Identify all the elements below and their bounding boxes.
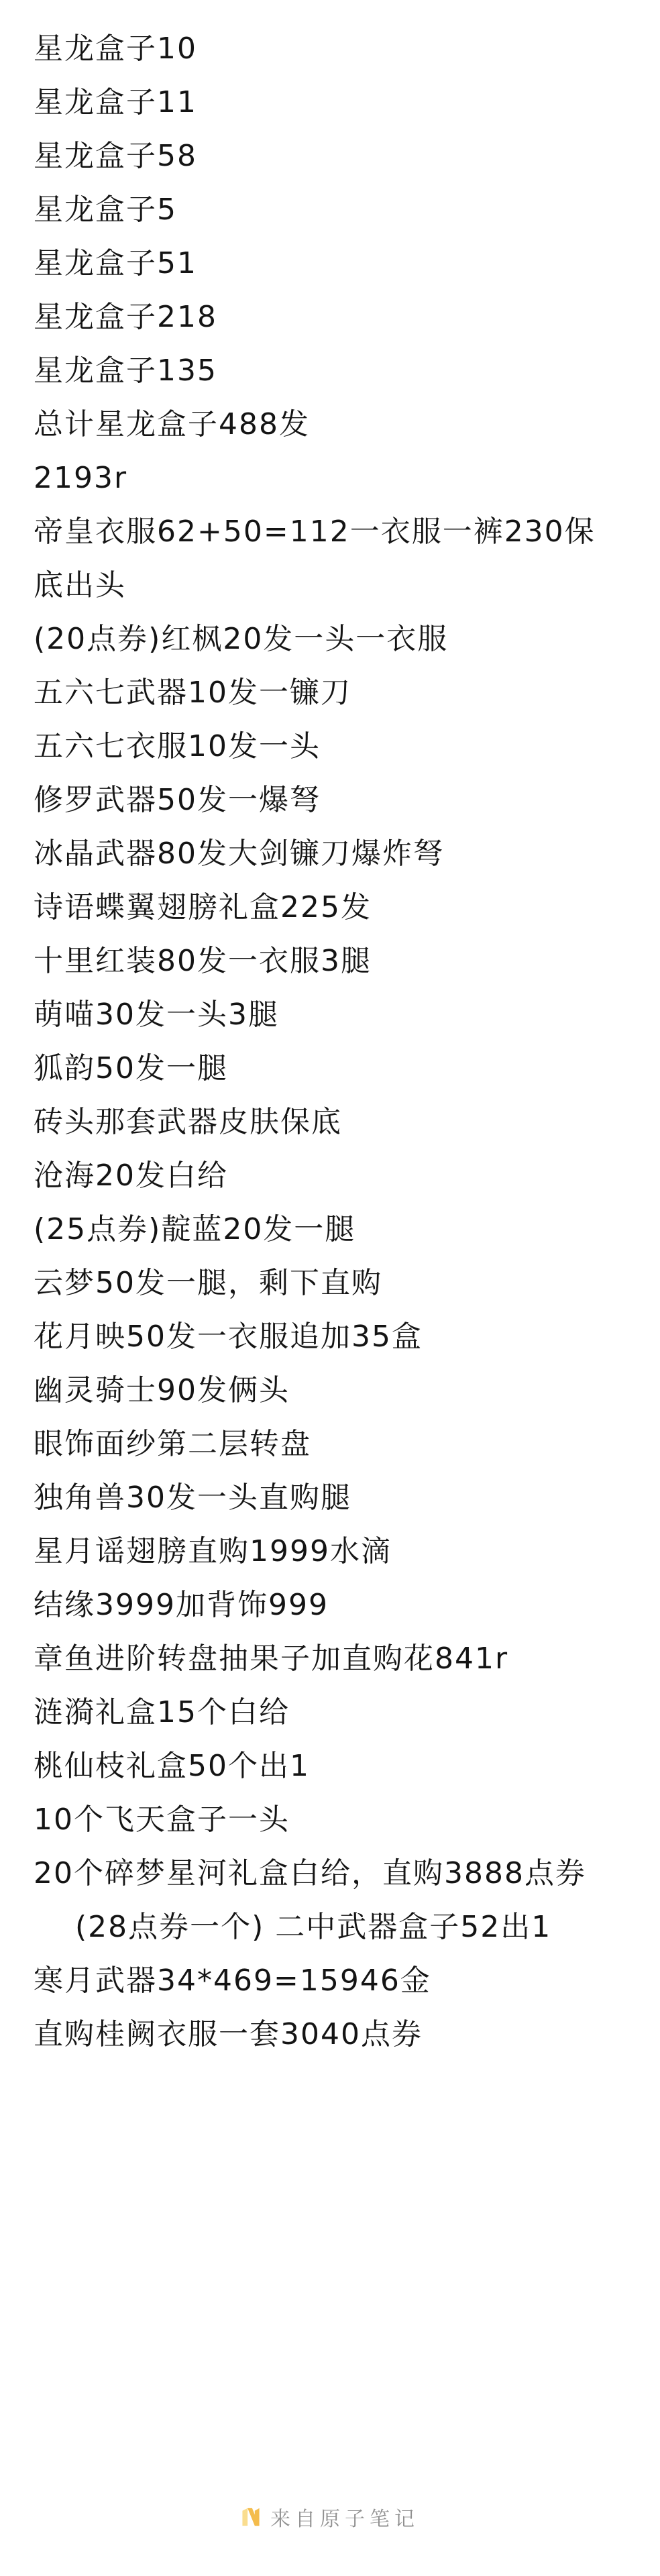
note-line: 五六七武器10发一镰刀 (0, 666, 660, 720)
note-line: (25点券)靛蓝20发一腿 (0, 1203, 660, 1256)
note-line: 五六七衣服10发一头 (0, 720, 660, 773)
atom-notes-n-logo-icon (241, 2507, 261, 2527)
note-line: 底出头 (0, 559, 660, 612)
note-line: 桃仙枝礼盒50个出1 (0, 1739, 660, 1793)
note-line: 星龙盒子51 (0, 237, 660, 290)
note-line: 结缘3999加背饰999 (0, 1578, 660, 1632)
note-line: 星月谣翅膀直购1999水滴 (0, 1525, 660, 1578)
note-line: 十里红装80发一衣服3腿 (0, 934, 660, 988)
note-line: 章鱼进阶转盘抽果子加直购花841r (0, 1632, 660, 1686)
note-line: (28点券一个) 二中武器盒子52出1 (0, 1900, 660, 1954)
note-line: 沧海20发白给 (0, 1149, 660, 1203)
note-line: 帝皇衣服62+50=112一衣服一裤230保 (0, 505, 660, 559)
note-line: 星龙盒子135 (0, 344, 660, 398)
note-line: 20个碎梦星河礼盒白给，直购3888点券 (0, 1847, 660, 1900)
note-line: 冰晶武器80发大剑镰刀爆炸弩 (0, 827, 660, 881)
note-line: 萌喵30发一头3腿 (0, 988, 660, 1042)
note-line: 云梦50发一腿，剩下直购 (0, 1256, 660, 1310)
note-line: 星龙盒子218 (0, 290, 660, 344)
note-line: 花月映50发一衣服追加35盒 (0, 1310, 660, 1364)
note-line: 幽灵骑士90发俩头 (0, 1364, 660, 1417)
note-line: 星龙盒子58 (0, 129, 660, 183)
note-content: 星龙盒子10星龙盒子11星龙盒子58星龙盒子5星龙盒子51星龙盒子218星龙盒子… (0, 22, 660, 2061)
note-line: 诗语蝶翼翅膀礼盒225发 (0, 881, 660, 934)
note-line: 寒月武器34*469=15946金 (0, 1954, 660, 2008)
note-line: 涟漪礼盒15个白给 (0, 1686, 660, 1739)
note-line: 星龙盒子5 (0, 183, 660, 237)
note-line: 直购桂阙衣服一套3040点券 (0, 2008, 660, 2061)
note-line: 2193r (0, 451, 660, 505)
note-line: 狐韵50发一腿 (0, 1042, 660, 1095)
note-line: 10个飞天盒子一头 (0, 1793, 660, 1847)
note-line: (20点券)红枫20发一头一衣服 (0, 612, 660, 666)
note-line: 眼饰面纱第二层转盘 (0, 1417, 660, 1471)
note-line: 总计星龙盒子488发 (0, 398, 660, 451)
note-line: 星龙盒子10 (0, 22, 660, 76)
note-line: 独角兽30发一头直购腿 (0, 1471, 660, 1525)
note-line: 星龙盒子11 (0, 76, 660, 129)
note-line: 砖头那套武器皮肤保底 (0, 1095, 660, 1149)
note-line: 修罗武器50发一爆弩 (0, 773, 660, 827)
footer-app-label: 来自原子笔记 (270, 2502, 419, 2532)
footer-watermark: 来自原子笔记 (0, 2497, 660, 2537)
